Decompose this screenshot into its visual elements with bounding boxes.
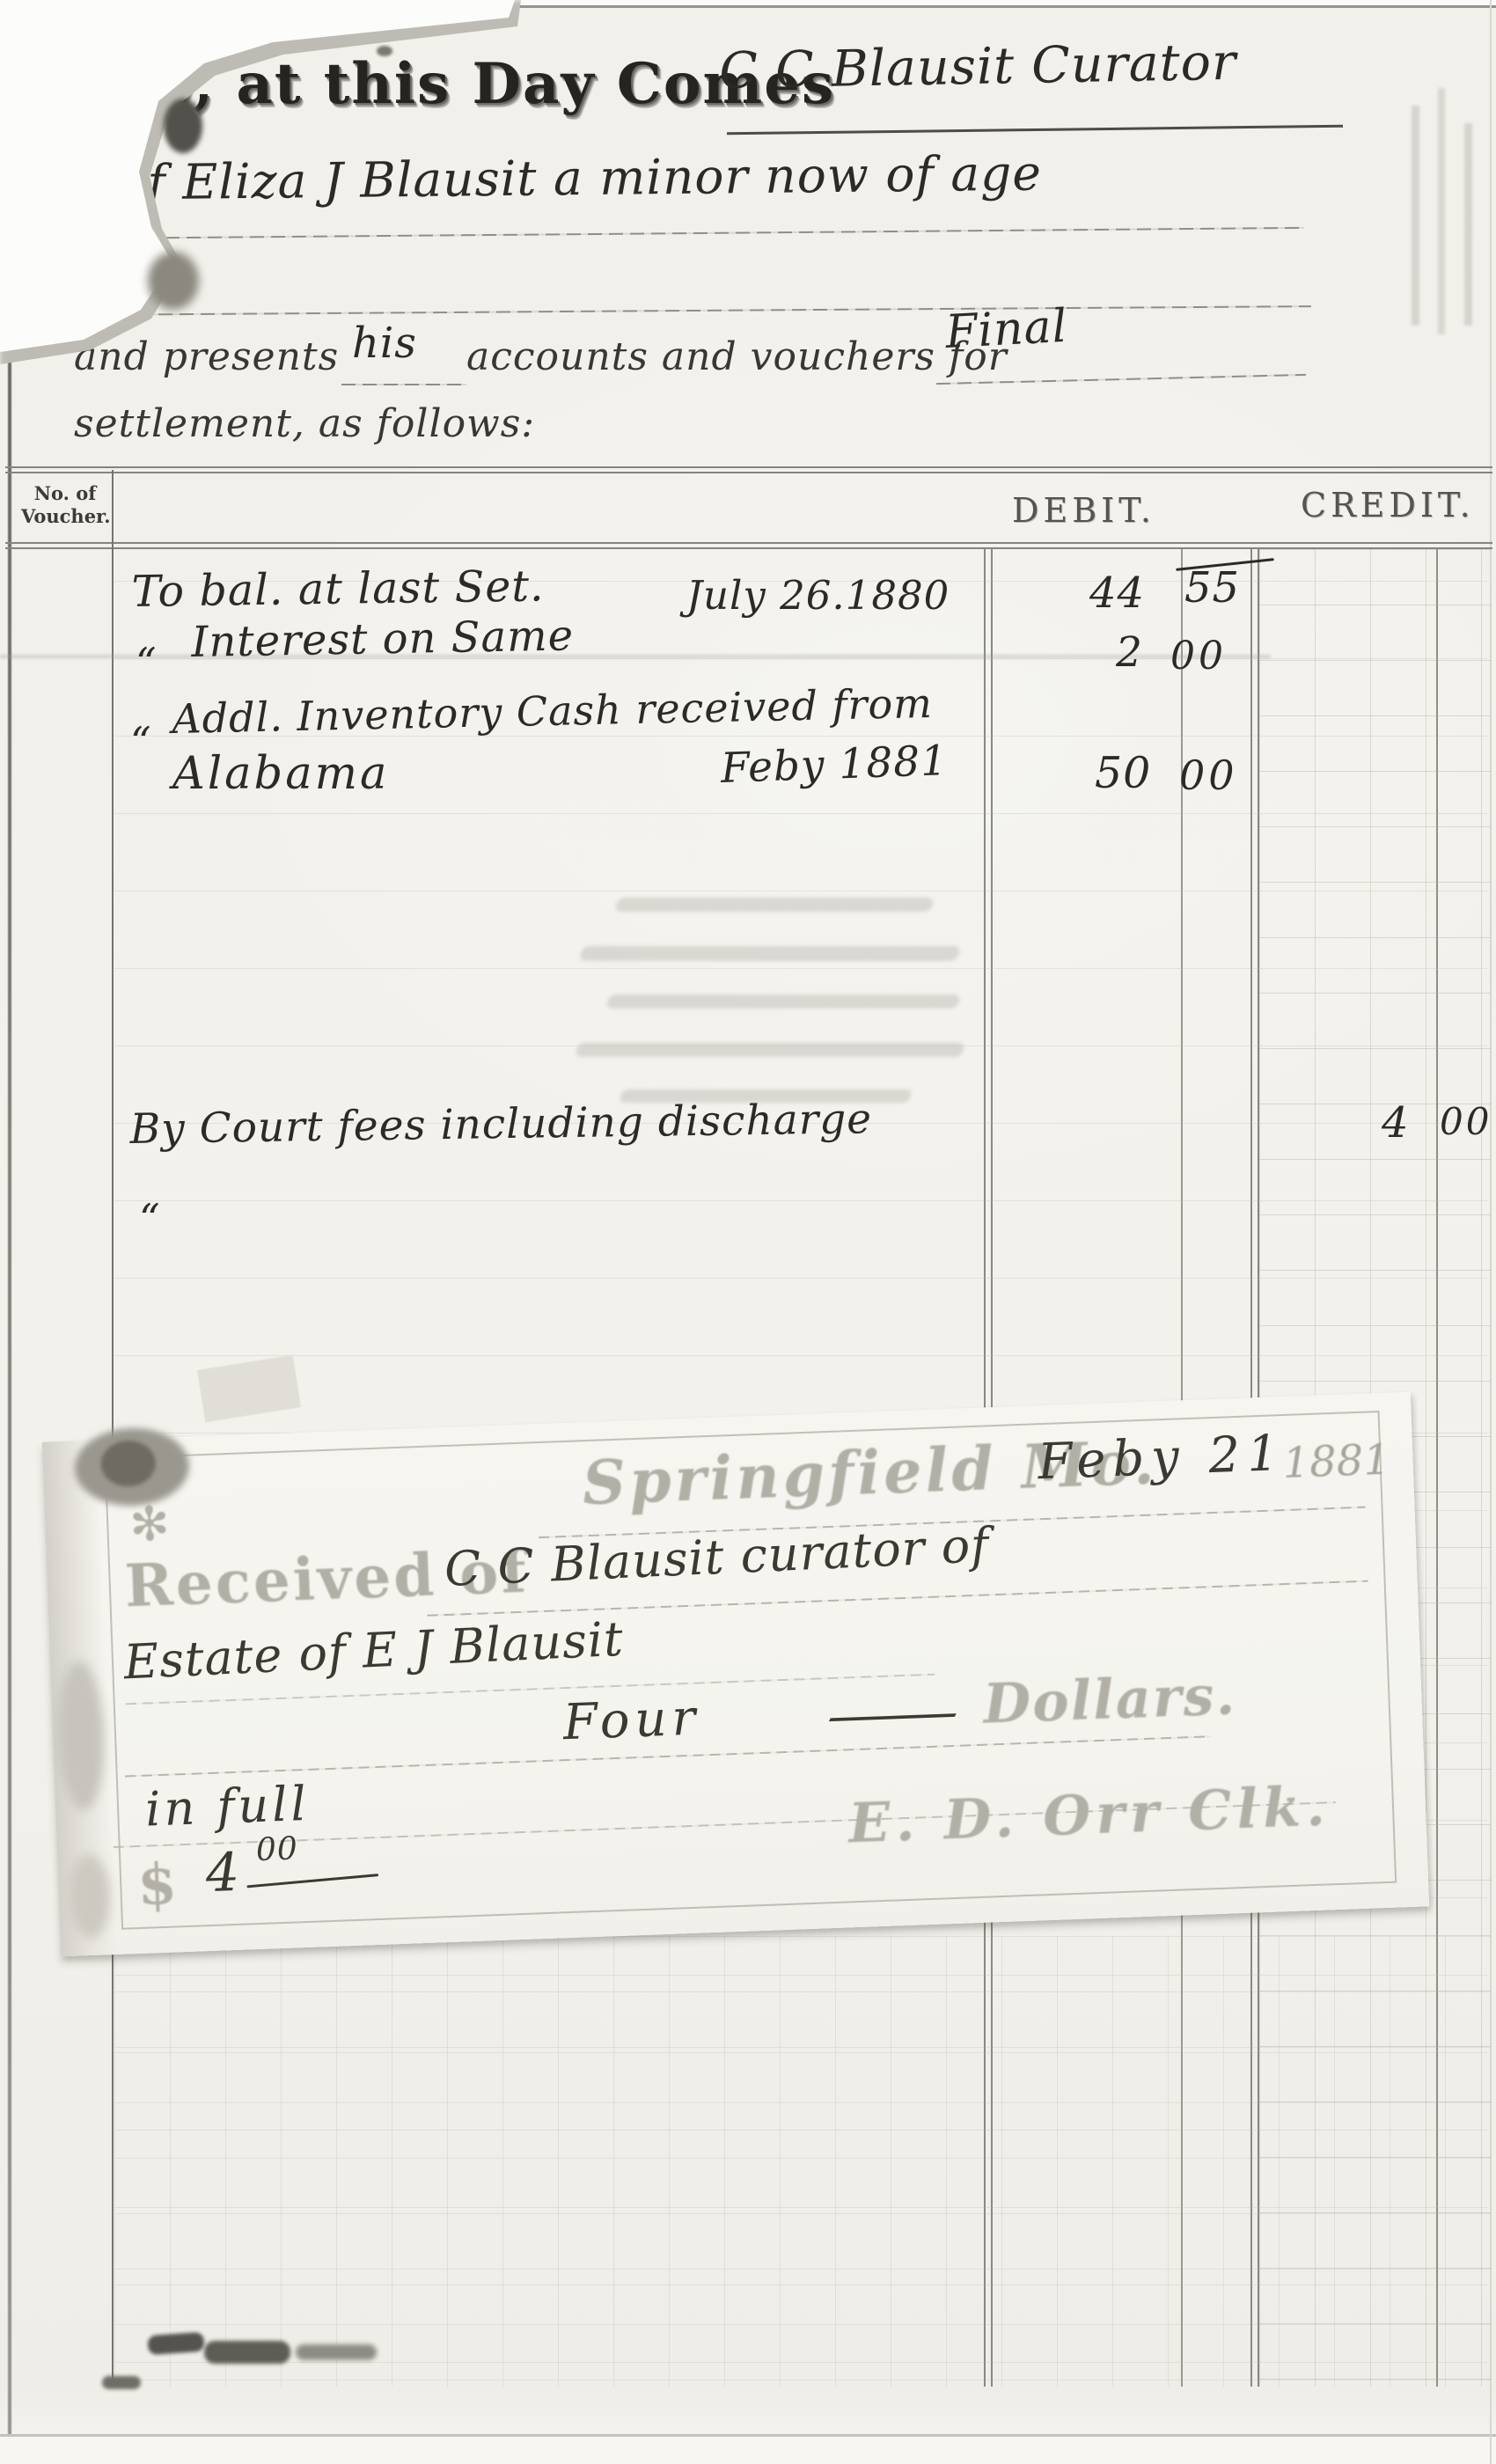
ledger-scan-page: w, at this Day Comes C C Blausit Curator… — [0, 0, 1496, 2464]
receipt-ornament: ✻ — [128, 1495, 171, 1552]
tear-dark-blot — [164, 99, 202, 153]
receipt-amount-words-handwriting: Four — [562, 1690, 702, 1752]
bleedthrough-text-line — [575, 1043, 965, 1057]
header-bottom-rule — [5, 542, 1492, 544]
credit-row-dollars: 4 — [1382, 1098, 1410, 1148]
ink-smudge — [296, 2344, 377, 2360]
entry-row2-description: Interest on Same — [191, 611, 575, 667]
receipt-amount-cents: 00 — [255, 1830, 298, 1868]
his-handwriting: his — [352, 319, 417, 368]
entry-row4-debit-cents: 00 — [1179, 752, 1238, 799]
entry-row2-debit-dollars: 2 — [1116, 628, 1143, 677]
entry-row1-debit-dollars: 44 — [1089, 568, 1145, 618]
minor-line-handwriting: t of Eliza J Blausit a minor now of age — [80, 145, 1042, 211]
voucher-header-line1: No. of — [21, 482, 109, 505]
entry-row4-description: Alabama — [172, 748, 389, 800]
voucher-rule — [112, 470, 114, 2387]
bleedthrough-mark — [1438, 88, 1445, 334]
tear-speck — [377, 46, 392, 56]
receipt-year-handwriting: 1881 — [1282, 1435, 1391, 1488]
entry-row4-date: Feby 1881 — [720, 737, 949, 793]
ruled-line-blank — [74, 305, 1311, 316]
receipt-in-full-handwriting: in full — [144, 1776, 311, 1837]
entry-row2-ditto: “ — [136, 639, 158, 686]
page-left-edge — [8, 348, 11, 2436]
voucher-header-line2: Voucher. — [21, 505, 109, 528]
entry-row1-date: July 26.1880 — [686, 572, 950, 619]
settlement-printed-text: settlement, as follows: — [74, 401, 535, 446]
voucher-column-header: No. of Voucher. — [21, 482, 109, 528]
tear-gray-blot — [148, 252, 199, 310]
debit-column-header: DEBIT. — [1012, 491, 1155, 530]
credit-row-cents: 00 — [1440, 1100, 1492, 1143]
credit-row-ditto: “ — [139, 1195, 161, 1243]
receipt-currency-symbol: $ — [136, 1851, 178, 1918]
paper-crease — [0, 655, 1271, 658]
receipt-dollars-printed: Dollars. — [982, 1662, 1237, 1735]
entry-row4-debit-dollars: 50 — [1095, 748, 1151, 798]
entry-row2-debit-cents: 00 — [1170, 634, 1227, 678]
receipt-amount-dash: — — [823, 1683, 965, 1746]
presents-printed-text: and presents — [74, 334, 339, 379]
page-bottom-strip — [0, 2437, 1496, 2464]
final-handwriting: Final — [944, 300, 1069, 359]
entry-row1-debit-cents: 55 — [1184, 563, 1240, 612]
ink-smudge — [147, 2332, 204, 2355]
page-top-edge — [475, 5, 1496, 8]
bleedthrough-text-line — [605, 994, 961, 1008]
bleedthrough-text-line — [579, 946, 961, 961]
receipt-paper: ✻ Springfield Mo. Feby 21 1881 Received … — [42, 1392, 1429, 1957]
bleedthrough-mark — [1464, 123, 1472, 326]
receipt-amount-dollars: 4 — [205, 1842, 242, 1904]
bleedthrough-mark — [1412, 106, 1419, 326]
entry-row1-description: To bal. at last Set. — [131, 561, 545, 617]
vouchers-printed-text: accounts and vouchers for — [466, 334, 1008, 379]
his-underline — [341, 384, 466, 385]
entry-row3-ditto: “ — [130, 718, 152, 766]
ink-smudge — [204, 2341, 290, 2364]
ink-smudge — [102, 2376, 141, 2389]
header-top-rule — [5, 466, 1492, 468]
header-top-rule2 — [5, 472, 1492, 473]
receipt-date-handwriting: Feby 21 — [1037, 1425, 1287, 1491]
credit-row-description: By Court fees including discharge — [129, 1095, 872, 1154]
ruled-line — [81, 227, 1304, 239]
curator-name-handwriting: C C Blausit Curator — [719, 33, 1237, 100]
title-underline — [727, 125, 1343, 136]
credit-column-header: CREDIT. — [1301, 486, 1475, 524]
bleedthrough-text-line — [614, 898, 935, 912]
